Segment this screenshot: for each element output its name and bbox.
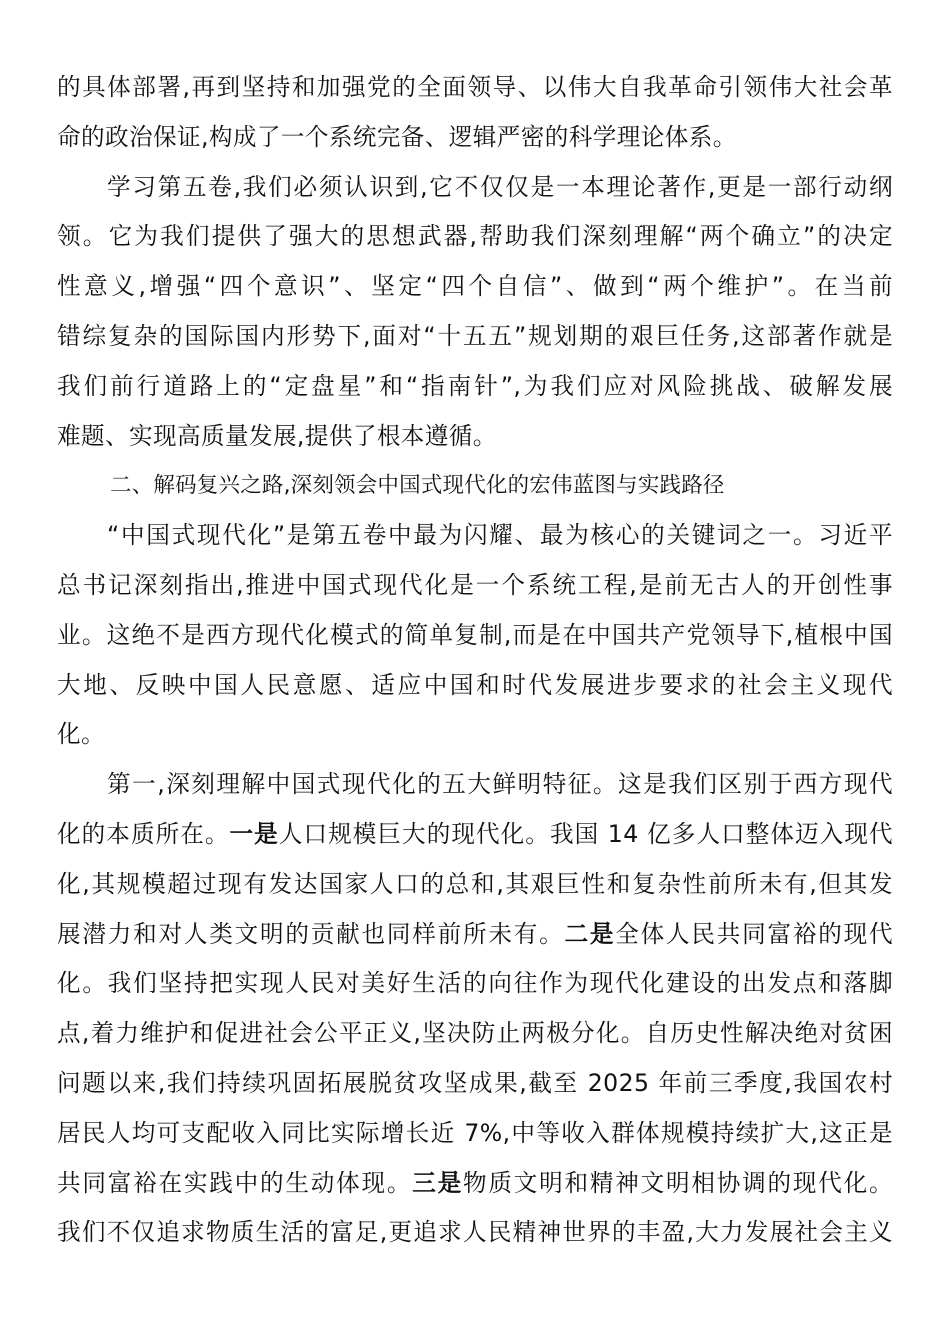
text-line: 错综复杂的国际国内形势下,面对“十五五”规划期的艰巨任务,这部著作就是 [57, 312, 893, 362]
text-span: 居民人均可支配收入同比实际增长近 7%,中等收入群体规模持续扩大,这正是 [57, 1119, 893, 1147]
emphasis-marker-three: 三是 [412, 1169, 463, 1197]
text-line: 第一,深刻理解中国式现代化的五大鲜明特征。这是我们区别于西方现代 [57, 760, 893, 810]
section-heading: 二、解码复兴之路,深刻领会中国式现代化的宏伟蓝图与实践路径 [57, 461, 893, 511]
text-line: 化的本质所在。一是人口规模巨大的现代化。我国 14 亿多人口整体迈入现代 [57, 810, 893, 860]
text-line: 难题、实现高质量发展,提供了根本遵循。 [57, 412, 893, 462]
text-span: 全体人民共同富裕的现代 [615, 920, 893, 948]
text-line: 点,着力维护和促进社会公平正义,坚决防止两极分化。自历史性解决绝对贫困 [57, 1009, 893, 1059]
text-line: 业。这绝不是西方现代化模式的简单复制,而是在中国共产党领导下,植根中国 [57, 611, 893, 661]
text-line: 领。它为我们提供了强大的思想武器,帮助我们深刻理解“两个确立”的决定 [57, 212, 893, 262]
text-line: 展潜力和对人类文明的贡献也同样前所未有。二是全体人民共同富裕的现代 [57, 910, 893, 960]
text-line: 总书记深刻指出,推进中国式现代化是一个系统工程,是前无古人的开创性事 [57, 561, 893, 611]
document-page: 的具体部署,再到坚持和加强党的全面领导、以伟大自我革命引领伟大社会革 命的政治保… [57, 63, 893, 1258]
text-line: “中国式现代化”是第五卷中最为闪耀、最为核心的关键词之一。习近平 [57, 511, 893, 561]
text-line: 化。 [57, 710, 893, 760]
text-line: 我们前行道路上的“定盘星”和“指南针”,为我们应对风险挑战、破解发展 [57, 362, 893, 412]
text-span: 化。我们坚持把实现人民对美好生活的向往作为现代化建设的出发点和落脚 [57, 969, 893, 997]
text-line: 问题以来,我们持续巩固拓展脱贫攻坚成果,截至 2025 年前三季度,我国农村 [57, 1059, 893, 1109]
text-span: 我们不仅追求物质生活的富足,更追求人民精神世界的丰盈,大力发展社会主义 [57, 1218, 893, 1246]
text-line: 性意义,增强“四个意识”、坚定“四个自信”、做到“两个维护”。在当前 [57, 262, 893, 312]
text-line: 学习第五卷,我们必须认识到,它不仅仅是一本理论著作,更是一部行动纲 [57, 163, 893, 213]
text-line: 共同富裕在实践中的生动体现。三是物质文明和精神文明相协调的现代化。 [57, 1159, 893, 1209]
text-line: 大地、反映中国人民意愿、适应中国和时代发展进步要求的社会主义现代 [57, 661, 893, 711]
text-span: 化,其规模超过现有发达国家人口的总和,其艰巨性和复杂性前所未有,但其发 [57, 870, 893, 898]
emphasis-marker-one: 一是 [230, 820, 279, 848]
text-line: 命的政治保证,构成了一个系统完备、逻辑严密的科学理论体系。 [57, 113, 893, 163]
text-span: 化的本质所在。 [57, 820, 230, 848]
text-span: 物质文明和精神文明相协调的现代化。 [463, 1169, 893, 1197]
text-span: 第一,深刻理解中国式现代化的五大鲜明特征。这是我们区别于西方现代 [107, 770, 893, 798]
text-line: 化。我们坚持把实现人民对美好生活的向往作为现代化建设的出发点和落脚 [57, 959, 893, 1009]
text-span: 问题以来,我们持续巩固拓展脱贫攻坚成果,截至 2025 年前三季度,我国农村 [57, 1069, 893, 1097]
text-span: 点,着力维护和促进社会公平正义,坚决防止两极分化。自历史性解决绝对贫困 [57, 1019, 893, 1047]
text-span: 共同富裕在实践中的生动体现。 [57, 1169, 412, 1197]
text-line: 居民人均可支配收入同比实际增长近 7%,中等收入群体规模持续扩大,这正是 [57, 1109, 893, 1159]
text-line: 的具体部署,再到坚持和加强党的全面领导、以伟大自我革命引领伟大社会革 [57, 63, 893, 113]
emphasis-marker-two: 二是 [565, 920, 616, 948]
text-line: 化,其规模超过现有发达国家人口的总和,其艰巨性和复杂性前所未有,但其发 [57, 860, 893, 910]
text-span: 展潜力和对人类文明的贡献也同样前所未有。 [57, 920, 565, 948]
text-line: 我们不仅追求物质生活的富足,更追求人民精神世界的丰盈,大力发展社会主义 [57, 1208, 893, 1258]
text-span: 人口规模巨大的现代化。我国 14 亿多人口整体迈入现代 [279, 820, 893, 848]
